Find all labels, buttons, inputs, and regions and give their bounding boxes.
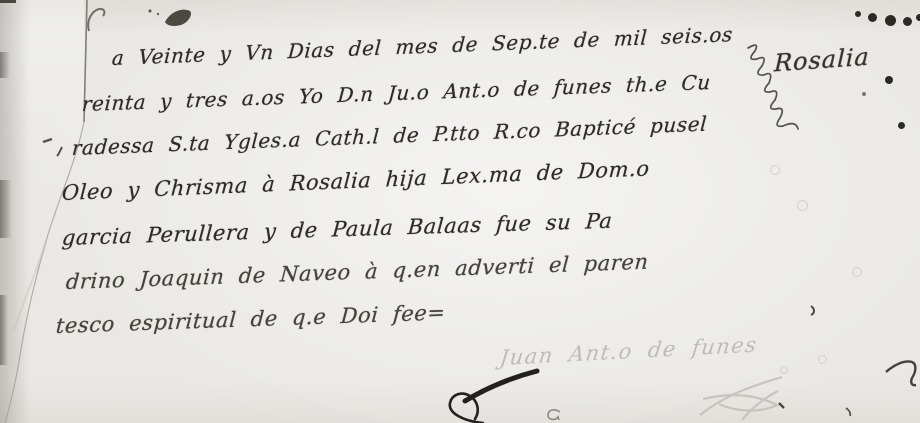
- tick-mark: [811, 306, 814, 315]
- ink-dot: [855, 11, 861, 17]
- ink-dot: [916, 14, 920, 21]
- rubric-flourish: [700, 377, 782, 420]
- ink-dot: [862, 92, 866, 96]
- entry-flourish-stroke: [465, 371, 537, 401]
- speck-mark: [779, 403, 784, 408]
- paper-stain: [818, 355, 827, 364]
- ink-dot: [885, 15, 896, 26]
- ink-dot: [903, 17, 912, 26]
- ink-blob-top: [165, 10, 191, 26]
- dash-mark: [43, 139, 52, 142]
- crease-line-secondary: [14, 238, 47, 330]
- speck: [157, 13, 159, 15]
- small-a-mark: [548, 410, 560, 420]
- paper-stain: [770, 165, 780, 175]
- ink-dot: [885, 76, 893, 84]
- manuscript-scan: a Veinte y Vn Dias del mes de Sep.te de …: [0, 0, 920, 423]
- ink-dot: [898, 122, 905, 129]
- ink-dot: [868, 13, 877, 22]
- paper-stain: [797, 200, 808, 211]
- hook-mark: [88, 9, 104, 31]
- paper-stain: [852, 267, 862, 277]
- comma-mark: [57, 147, 62, 156]
- squiggle-right: [886, 361, 916, 385]
- paper-stain: [780, 366, 788, 374]
- speck-mark: [846, 408, 850, 416]
- speck: [149, 10, 152, 13]
